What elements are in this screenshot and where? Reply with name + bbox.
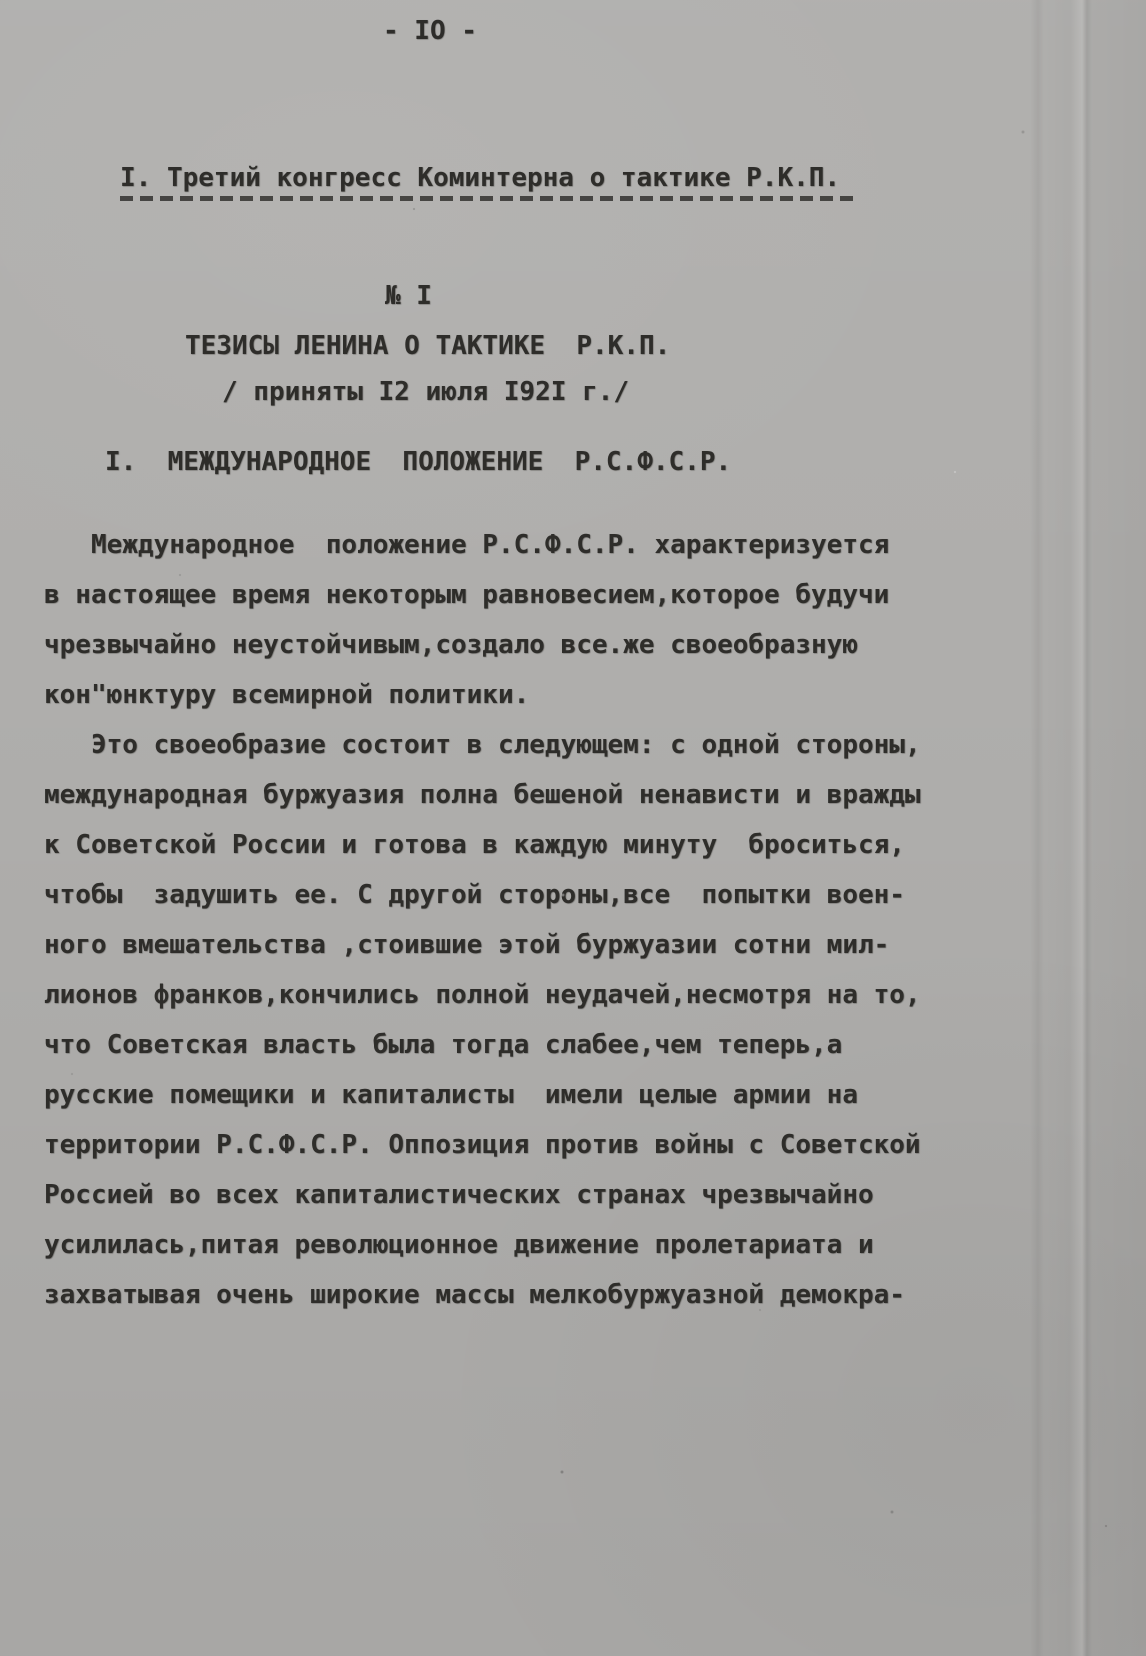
page-number: - IO - <box>383 0 1146 46</box>
adoption-date-line: / приняты I2 июля I92I г./ <box>222 377 1146 407</box>
scanned-document-page: - IO - I. Третий конгресс Коминтерна о т… <box>0 0 1146 1656</box>
document-title: I. Третий конгресс Коминтерна о тактике … <box>120 163 1146 193</box>
body-paragraph-1: Международное положение Р.С.Ф.С.Р. харак… <box>44 520 1126 720</box>
body-paragraph-2: Это своеобразие состоит в следующем: с о… <box>44 720 1126 1320</box>
section-heading: I. МЕЖДУНАРОДНОЕ ПОЛОЖЕНИЕ Р.С.Ф.С.Р. <box>105 447 1146 477</box>
theses-heading: ТЕЗИСЫ ЛЕНИНА О ТАКТИКЕ Р.К.П. <box>185 331 1146 361</box>
title-underline-dashes <box>120 196 858 201</box>
document-number: № I <box>385 281 1146 311</box>
